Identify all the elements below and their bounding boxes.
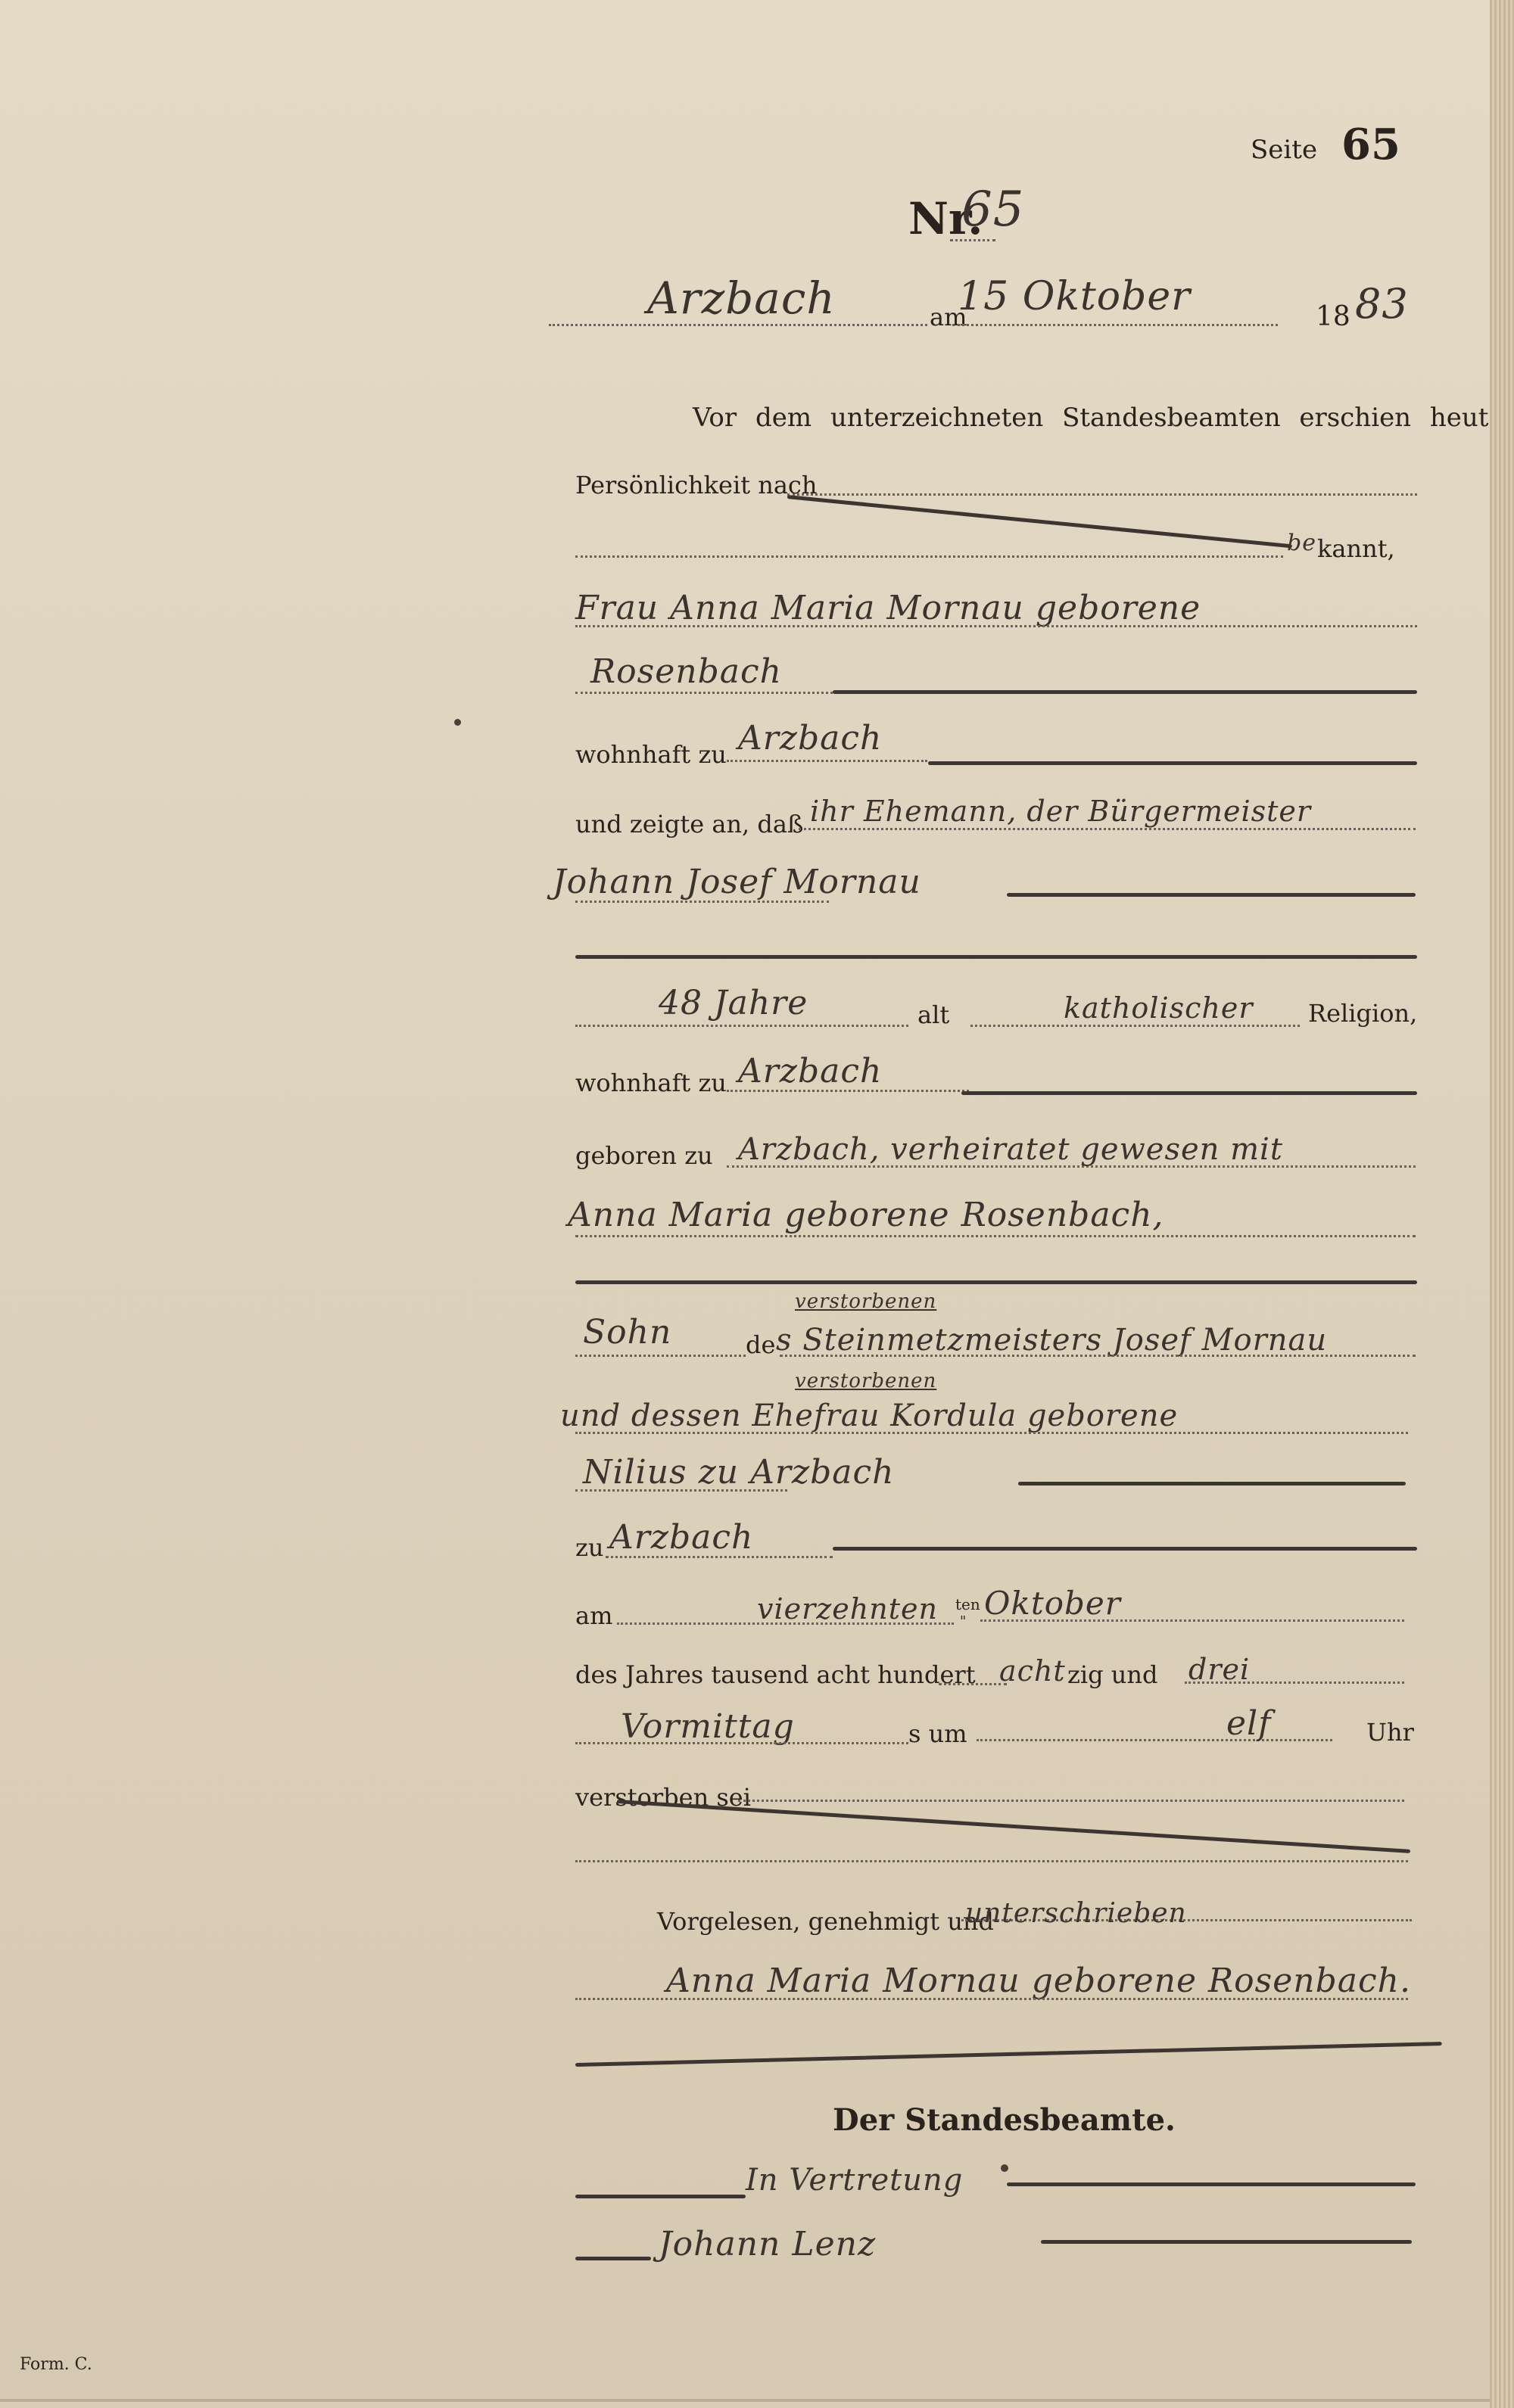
death-place: Arzbach [609,1518,753,1557]
deceased-age: 48 Jahre [659,984,808,1022]
verstorben-line2-field [575,1860,1408,1862]
margin-dot [454,719,461,726]
informant-signature: Anna Maria Mornau geborene Rosenbach. [666,1962,1411,2000]
year-suffix: 83 [1355,280,1409,328]
register-page: Seite 65 Nr. 65 Arzbach am 15 Oktober 18… [0,0,1494,2402]
intro-line3-field [575,555,1283,558]
deceased-residence: Arzbach [738,1052,882,1090]
announced-label: und zeigte an, daß [575,810,803,838]
official-line2-rule-right [1041,2240,1412,2244]
intro-persoenlichkeit-label: Persönlichkeit nach [575,471,817,499]
deceased-residence-label: wohnhaft zu [575,1069,727,1097]
death-daytime-suffix: s um [908,1719,967,1748]
death-day-suffix: ten [955,1595,980,1613]
parents-line2-insert: verstorbenen [795,1370,936,1392]
death-year-zig: zig und [1067,1660,1157,1689]
age-field [575,1025,908,1027]
deceased-religion: katholischer [1064,991,1254,1025]
informant-name-line1: Frau Anna Maria Mornau geborene [575,589,1201,627]
informant-line1-field [575,625,1417,627]
header-date: 15 Oktober [958,274,1191,319]
read-approved-label: Vorgelesen, genehmigt und [657,1907,994,1936]
informant-residence-label: wohnhaft zu [575,740,727,769]
parents-line3: Nilius zu Arzbach [583,1453,895,1492]
death-year-label: des Jahres tausend acht hundert [575,1660,976,1689]
death-hour: elf [1226,1704,1271,1743]
ditto-mark: " [960,1613,966,1629]
parents-prefix-field [575,1355,746,1357]
place-line [549,324,927,326]
verstorben-strike [617,1800,1410,1853]
ink-mark [1001,2164,1008,2172]
parents-line1: s Steinmetzmeisters Josef Mornau [776,1323,1327,1358]
hour-label: Uhr [1366,1718,1414,1747]
official-line1: In Vertretung [746,2163,963,2198]
spouse-line: Anna Maria geborene Rosenbach, [568,1196,1164,1234]
read-approved-hand: unterschrieben [965,1898,1187,1929]
born-label: geboren zu [575,1141,713,1170]
official-title: Der Standesbeamte. [833,2102,1176,2138]
parents-line2: und dessen Ehefrau Kordula geborene [560,1398,1178,1433]
parents-line1-field [780,1355,1416,1357]
verstorben-field [738,1800,1404,1802]
year-prefix: 18 [1316,301,1350,332]
death-daytime-field [575,1742,908,1744]
parents-line3-field [575,1489,787,1492]
official-line1-rule-left [575,2195,746,2198]
official-line1-rule-right [1007,2182,1416,2186]
intro-line1: Vor dem unterzeichneten Standesbeamten e… [693,403,1514,433]
announced-line1-field [799,828,1416,830]
age-label: alt [917,1000,949,1029]
official-line2: Johann Lenz [659,2225,876,2263]
announced-line1: ihr Ehemann, der Bürgermeister [810,795,1311,828]
death-year-units: drei [1188,1653,1250,1686]
informant-residence-rule [928,761,1417,765]
death-place-label: zu [575,1533,603,1562]
announced-line2: Johann Josef Mornau [553,863,921,901]
official-line2-rule-left [575,2257,651,2260]
parents-line2-field [575,1432,1408,1434]
informant-line2-rule [833,690,1417,694]
parents-prefix: Sohn [583,1313,671,1352]
death-place-rule [833,1547,1417,1551]
parents-line3-rule [1018,1482,1406,1486]
entry-number: 65 [961,182,1024,238]
death-day: vierzehnten [757,1592,938,1626]
informant-signature-rule [575,2042,1442,2067]
informant-signature-field [575,1998,1408,2000]
death-date-label: am [575,1601,612,1630]
intro-strike [787,495,1292,548]
informant-line2-field [575,692,833,694]
parents-line1-insert: verstorbenen [795,1290,936,1313]
bekannt-label: kannt, [1317,534,1395,563]
religion-label: Religion, [1308,999,1417,1028]
death-month: Oktober [984,1585,1121,1622]
page-label: Seite [1251,135,1317,165]
form-label: Form. C. [20,2355,92,2374]
book-edge [1490,0,1514,2408]
entry-number-line [950,239,995,241]
intro-line2-field [787,493,1417,496]
death-hour-field [977,1739,1332,1741]
death-year-tens: acht [999,1654,1066,1688]
informant-name-line2: Rosenbach [590,652,782,691]
date-line [952,324,1278,326]
announced-line2-field [575,901,829,903]
section-divider-1 [575,955,1417,959]
section-divider-2 [575,1280,1417,1284]
death-year-tens-field [939,1683,1007,1685]
header-place: Arzbach [647,272,836,324]
announced-line2-rule [1007,893,1416,897]
born-line: Arzbach, verheiratet gewesen mit [738,1132,1283,1167]
deceased-residence-rule [961,1091,1417,1095]
spouse-field [575,1235,1416,1237]
bekannt-prefix: be [1287,530,1316,556]
religion-field [970,1025,1300,1027]
informant-residence: Arzbach [738,719,882,758]
death-daytime: Vormittag [621,1707,795,1746]
informant-residence-field [727,760,927,762]
parents-de-label: de [746,1330,775,1359]
page-number: 65 [1341,120,1400,170]
